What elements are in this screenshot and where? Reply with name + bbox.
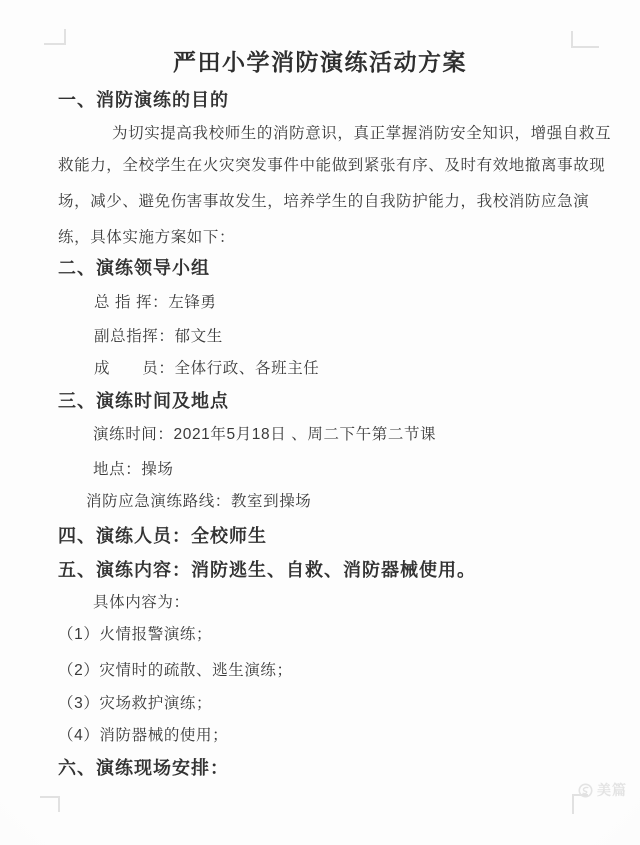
commander-line: 总 指 挥：左锋勇 [94,290,217,312]
section-3-heading: 三、演练时间及地点 [58,387,229,413]
content-item-1: （1）火情报警演练； [58,622,212,644]
meipian-logo-icon [578,783,593,798]
section-5-heading: 五、演练内容：消防逃生、自救、消防器械使用。 [58,556,476,582]
brand-watermark: 美篇 [578,780,627,800]
content-item-4: （4）消防器械的使用； [58,723,228,745]
content-item-2: （2）灾情时的疏散、逃生演练； [58,658,293,680]
purpose-paragraph-line-2: 救能力，全校学生在火灾突发事件中能做到紧张有序、及时有效地撤离事故现 [58,153,605,175]
document-title: 严田小学消防演练活动方案 [0,44,640,77]
purpose-paragraph-line-1: 为切实提高我校师生的消防意识，真正掌握消防安全知识，增强自救互 [112,121,611,143]
drill-route-line: 消防应急演练路线：教室到操场 [86,489,311,511]
content-intro-line: 具体内容为： [93,590,190,612]
purpose-paragraph-line-3: 场，减少、避免伤害事故发生，培养学生的自我防护能力，我校消防应急演 [58,189,589,211]
section-1-heading: 一、消防演练的目的 [58,86,229,112]
page-corner-mark-bottom-left [40,796,60,812]
section-4-heading: 四、演练人员：全校师生 [58,522,267,548]
brand-watermark-text: 美篇 [597,780,627,800]
section-2-heading: 二、演练领导小组 [58,254,210,280]
members-line: 成 员：全体行政、各班主任 [94,356,319,378]
content-item-3: （3）灾场救护演练； [58,691,212,713]
section-6-heading: 六、演练现场安排： [58,754,229,780]
purpose-paragraph-line-4: 练，具体实施方案如下： [58,225,235,247]
document-page: 严田小学消防演练活动方案 一、消防演练的目的 为切实提高我校师生的消防意识，真正… [0,0,640,845]
deputy-commander-line: 副总指挥：郁文生 [94,324,223,346]
drill-place-line: 地点：操场 [93,457,174,479]
page-corner-mark-top-left [44,29,66,45]
drill-time-line: 演练时间：2021年5月18日 、周二下午第二节课 [93,422,436,444]
